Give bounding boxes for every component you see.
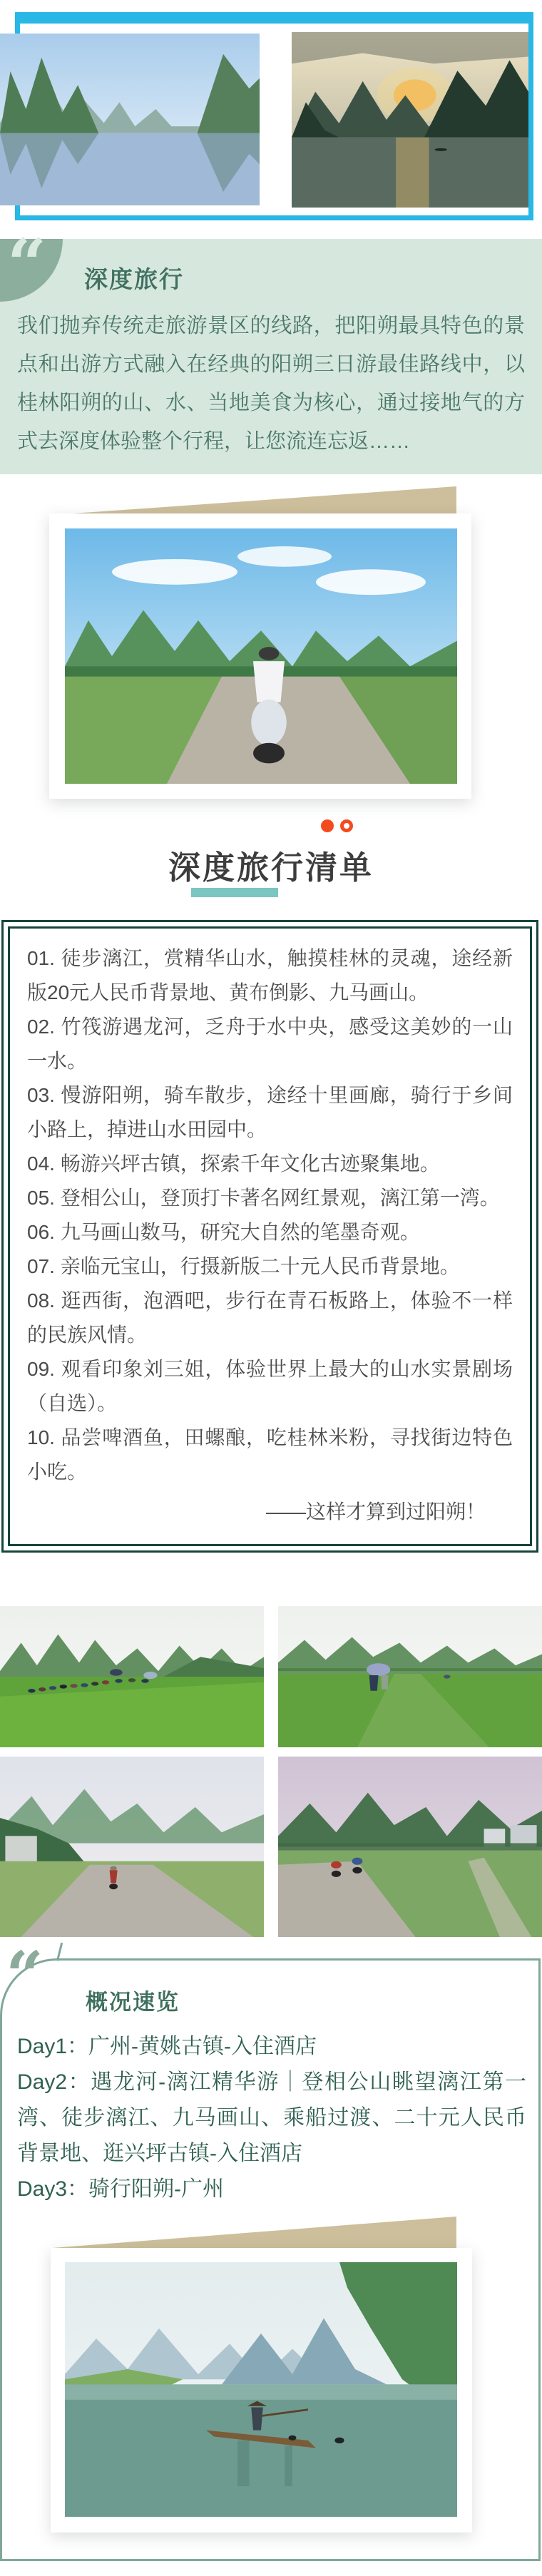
overview-card-corner-arc (0, 1958, 60, 2018)
checklist-item: 08. 逛西街，泡酒吧，步行在青石板路上，体验不一样的民族风情。 (27, 1284, 513, 1352)
carousel-dots (321, 819, 353, 834)
overview-card-border-bottom (0, 2559, 541, 2561)
checklist-box: 01. 徒步漓江，赏精华山水，触摸桂林的灵魂，途经新版20元人民币背景地、黄布倒… (1, 920, 538, 1553)
grid-photo-umbrella-couple (278, 1606, 542, 1747)
grid-photo-hiking-group (0, 1606, 264, 1747)
section-title-deep-travel: 深度旅行 (84, 261, 184, 295)
section-title-overview: 概况速览 (86, 1984, 180, 2016)
checklist-items: 01. 徒步漓江，赏精华山水，触摸桂林的灵魂，途经新版20元人民币背景地、黄布倒… (27, 941, 513, 1489)
article-page: “ 深度旅行 我们抛弃传统走旅游景区的线路，把阳朔最具特色的景点和出游方式融入在… (0, 0, 542, 2576)
carousel-dot[interactable] (321, 819, 334, 832)
section-title-checklist: 深度旅行清单 (0, 842, 542, 888)
checklist-item: 01. 徒步漓江，赏精华山水，触摸桂林的灵魂，途经新版20元人民币背景地、黄布倒… (27, 941, 513, 1010)
checklist-closing-line: ——这样才算到过阳朔！ (27, 1495, 513, 1529)
deep-travel-paragraph: 我们抛弃传统走旅游景区的线路，把阳朔最具特色的景点和出游方式融入在经典的阳朔三日… (17, 307, 525, 461)
itinerary-days: Day1：广州-黄姚古镇-入住酒店Day2：遇龙河-漓江精华游｜登相公山眺望漓江… (17, 2029, 526, 2207)
hero-photo-karst-reflection (0, 34, 260, 205)
checklist-item: 05. 登相公山，登顶打卡著名网红景观，漓江第一湾。 (27, 1181, 513, 1215)
checklist-item: 09. 观看印象刘三姐，体验世界上最大的山水实景剧场（自选）。 (27, 1352, 513, 1421)
checklist-item: 07. 亲临元宝山，行摄新版二十元人民币背景地。 (27, 1249, 513, 1284)
itinerary-day: Day1：广州-黄姚古镇-入住酒店 (17, 2029, 526, 2065)
itinerary-day: Day2：遇龙河-漓江精华游｜登相公山眺望漓江第一湾、徒步漓江、九马画山、乘船过… (17, 2065, 526, 2172)
checklist-item: 04. 畅游兴坪古镇，探索千年文化古迹聚集地。 (27, 1147, 513, 1181)
carousel-dot[interactable] (340, 819, 353, 832)
grid-photo-cyclists (278, 1757, 542, 1937)
overview-card-border-right (538, 1958, 541, 2561)
grid-photo-road-rider (0, 1757, 264, 1937)
checklist-item: 03. 慢游阳朔，骑车散步，途经十里画廊，骑行于乡间小路上，掉进山水田园中。 (27, 1078, 513, 1147)
tan-accent-wedge (53, 2217, 456, 2252)
footer-photo-fisherman-raft (65, 2262, 457, 2517)
teal-underline-bar (191, 888, 278, 897)
hero-photo-sunset-river (292, 32, 528, 208)
checklist-box-inner: 01. 徒步漓江，赏精华山水，触摸桂林的灵魂，途经新版20元人民币背景地、黄布倒… (8, 926, 532, 1546)
carousel-photo-scooter-girl[interactable] (65, 528, 457, 784)
checklist-item: 10. 品尝啤酒鱼，田螺酿，吃桂林米粉，寻找街边特色小吃。 (27, 1421, 513, 1489)
checklist-item: 06. 九马画山数马，研究大自然的笔墨奇观。 (27, 1215, 513, 1249)
overview-card-border-left (0, 2015, 2, 2561)
checklist-item: 02. 竹筏游遇龙河，乏舟于水中央，感受这美妙的一山一水。 (27, 1010, 513, 1078)
overview-card-border-top (57, 1958, 541, 1961)
itinerary-day: Day3：骑行阳朔-广州 (17, 2172, 526, 2207)
